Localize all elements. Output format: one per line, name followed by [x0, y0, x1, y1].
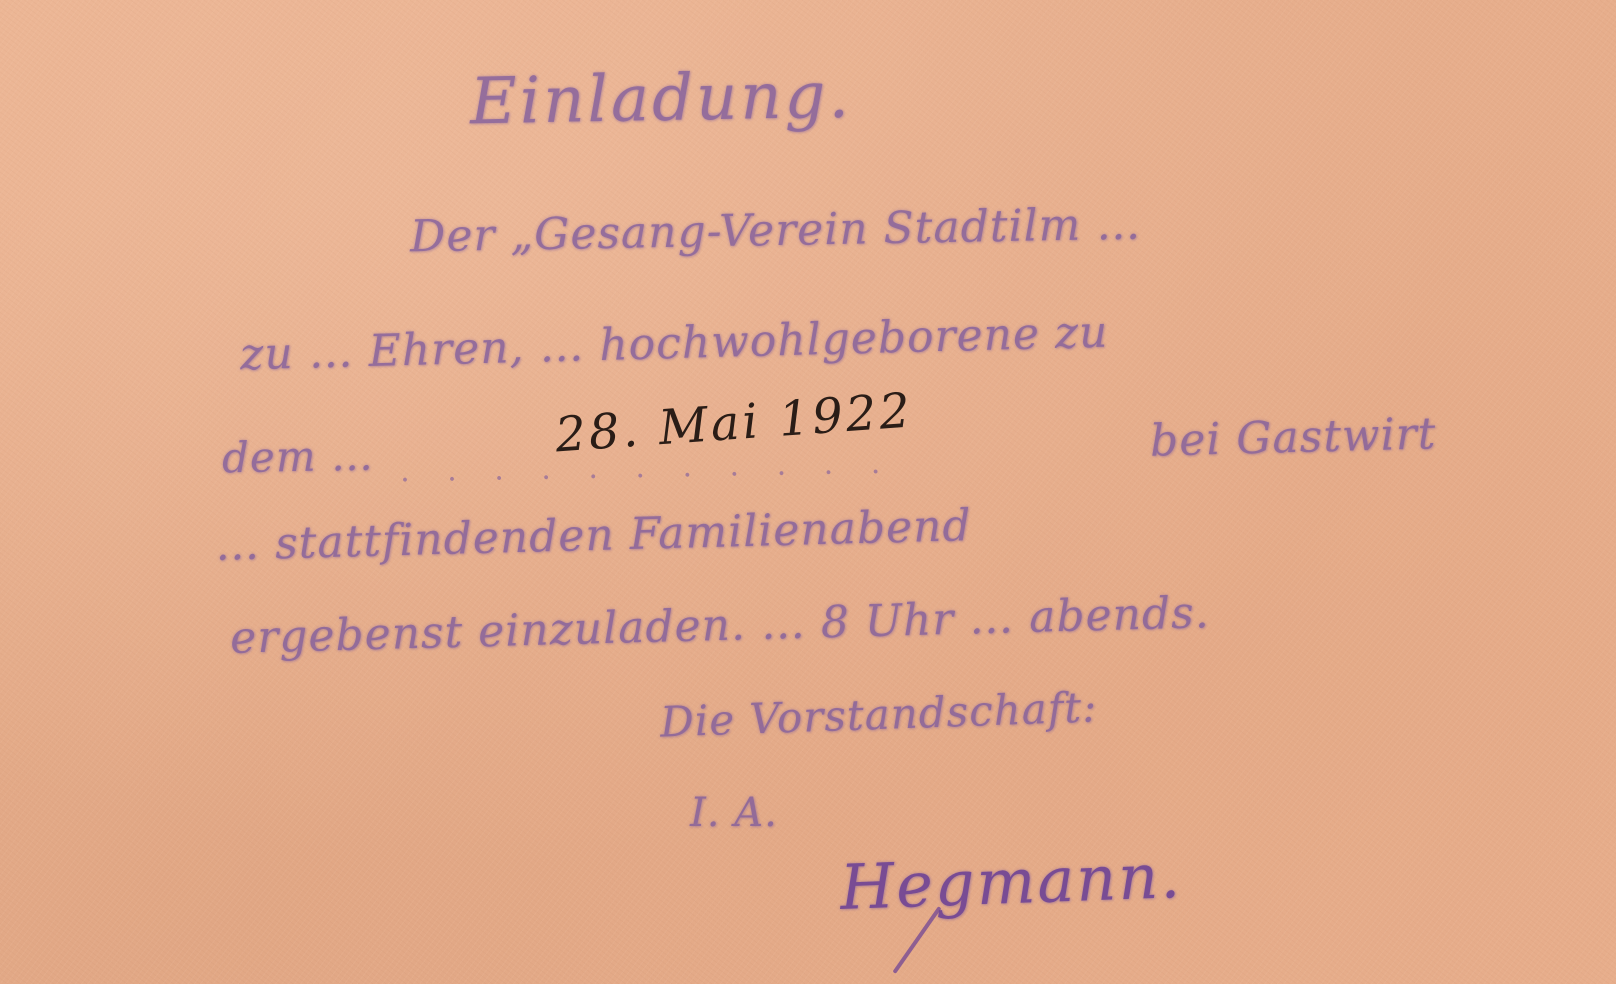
body-line-2: zu … Ehren, … hochwohlgeborene zu: [239, 307, 1109, 381]
body-line-4: … stattfindenden Familienabend: [214, 500, 972, 571]
paper-texture: [0, 0, 1616, 984]
body-line-3-continued: bei Gastwirt: [1149, 408, 1437, 466]
invitation-postcard: Einladung. Der „Gesang-Verein Stadtilm ……: [0, 0, 1616, 984]
body-line-1: Der „Gesang-Verein Stadtilm …: [410, 199, 1142, 263]
document-title: Einladung.: [469, 59, 852, 140]
closing-line: Die Vorstandschaft:: [659, 682, 1098, 746]
body-line-3: dem …: [222, 431, 375, 483]
signature-prefix: I. A.: [690, 790, 778, 836]
signature: Hegmann.: [839, 839, 1183, 924]
body-line-5: ergebenst einzuladen. … 8 Uhr … abends.: [230, 587, 1211, 664]
